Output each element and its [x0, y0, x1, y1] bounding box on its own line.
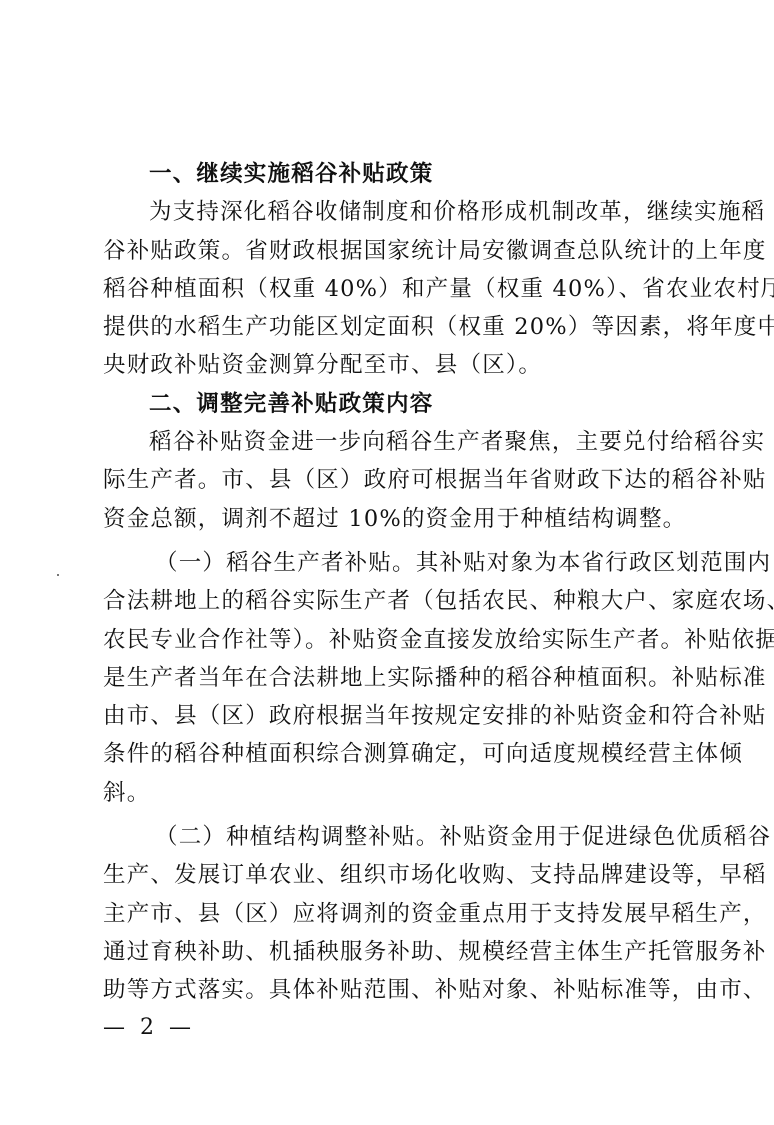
- section-2-heading: 二、调整完善补贴政策内容: [103, 385, 703, 423]
- section-2-paragraph-2: （一）稻谷生产者补贴。其补贴对象为本省行政区划范围内 合法耕地上的稻谷实际生产者…: [103, 544, 703, 812]
- text-line: 合法耕地上的稻谷实际生产者（包括农民、种粮大户、家庭农场、: [103, 582, 703, 620]
- section-2-paragraph-3: （二）种植结构调整补贴。补贴资金用于促进绿色优质稻谷 生产、发展订单农业、组织市…: [103, 818, 703, 1009]
- text-line: 由市、县（区）政府根据当年按规定安排的补贴资金和符合补贴: [103, 697, 703, 735]
- text-line: 稻谷补贴资金进一步向稻谷生产者聚焦，主要兑付给稻谷实: [103, 423, 703, 461]
- text-line: 谷补贴政策。省财政根据国家统计局安徽调查总队统计的上年度: [103, 232, 703, 270]
- text-line: 是生产者当年在合法耕地上实际播种的稻谷种植面积。补贴标准: [103, 659, 703, 697]
- text-line: 通过育秧补助、机插秧服务补助、规模经营主体生产托管服务补: [103, 933, 703, 971]
- section-2-paragraph-1: 稻谷补贴资金进一步向稻谷生产者聚焦，主要兑付给稻谷实 际生产者。市、县（区）政府…: [103, 423, 703, 538]
- text-line: 为支持深化稻谷收储制度和价格形成机制改革，继续实施稻: [103, 193, 703, 231]
- text-line: 助等方式落实。具体补贴范围、补贴对象、补贴标准等，由市、: [103, 971, 703, 1009]
- text-line: （一）稻谷生产者补贴。其补贴对象为本省行政区划范围内: [103, 544, 703, 582]
- text-line: 资金总额，调剂不超过 10%的资金用于种植结构调整。: [103, 500, 703, 538]
- text-line: 斜。: [103, 774, 703, 812]
- section-1-paragraph-1: 为支持深化稻谷收储制度和价格形成机制改革，继续实施稻 谷补贴政策。省财政根据国家…: [103, 193, 703, 384]
- text-line: 农民专业合作社等）。补贴资金直接发放给实际生产者。补贴依据: [103, 621, 703, 659]
- text-line: 稻谷种植面积（权重 40%）和产量（权重 40%）、省农业农村厅: [103, 270, 703, 308]
- text-line: 央财政补贴资金测算分配至市、县（区）。: [103, 346, 703, 384]
- text-line: 提供的水稻生产功能区划定面积（权重 20%）等因素，将年度中: [103, 308, 703, 346]
- text-line: 条件的稻谷种植面积综合测算确定，可向适度规模经营主体倾: [103, 735, 703, 773]
- document-page: 一、继续实施稻谷补贴政策 为支持深化稻谷收储制度和价格形成机制改革，继续实施稻 …: [103, 155, 703, 1010]
- section-1-heading: 一、继续实施稻谷补贴政策: [103, 155, 703, 193]
- page-number: — 2 —: [103, 1015, 195, 1040]
- text-line: 际生产者。市、县（区）政府可根据当年省财政下达的稻谷补贴: [103, 461, 703, 499]
- text-line: 生产、发展订单农业、组织市场化收购、支持品牌建设等，早稻: [103, 856, 703, 894]
- text-line: 主产市、县（区）应将调剂的资金重点用于支持发展早稻生产，: [103, 895, 703, 933]
- text-line: （二）种植结构调整补贴。补贴资金用于促进绿色优质稻谷: [103, 818, 703, 856]
- scan-speck: [57, 574, 59, 576]
